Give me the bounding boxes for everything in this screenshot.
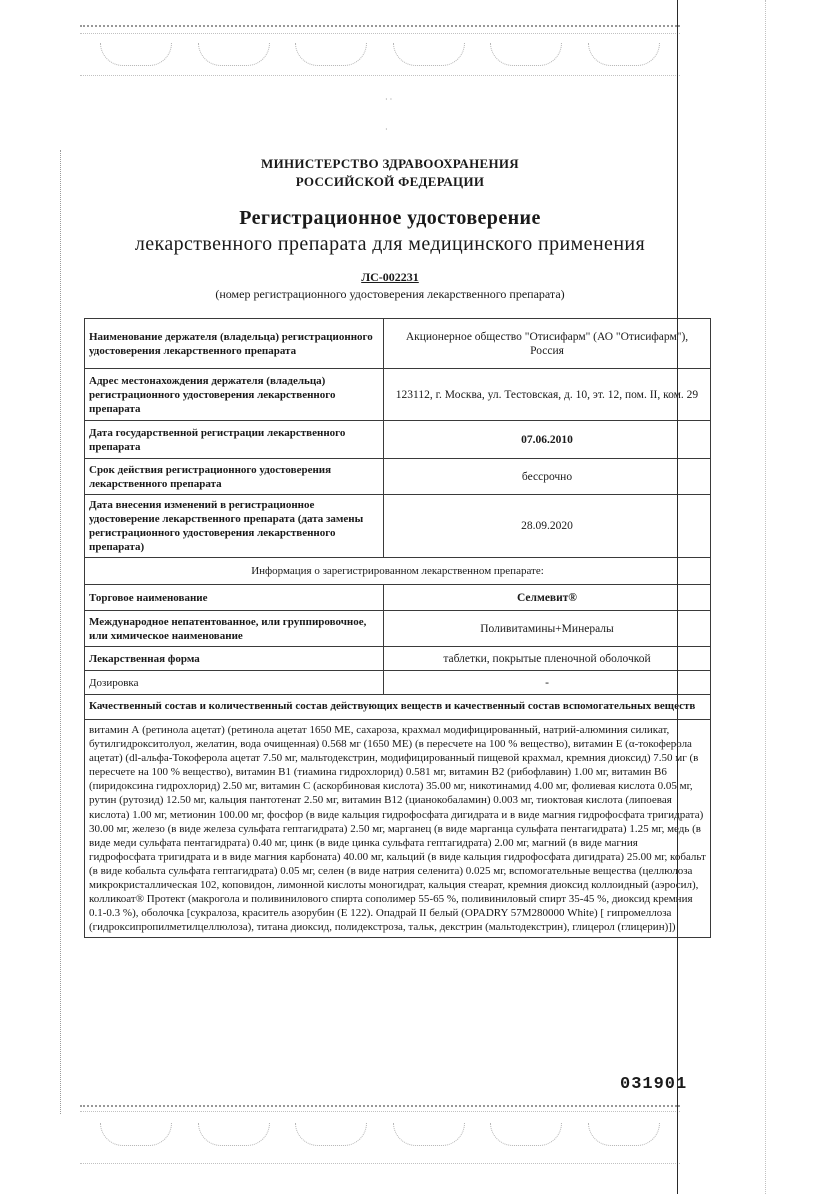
trade-name-value: Селмевит®: [384, 585, 711, 611]
inn-label: Международное непатентованное, или групп…: [85, 611, 384, 647]
security-pattern-bottom: [80, 1105, 680, 1165]
validity-value: бессрочно: [384, 459, 711, 495]
registration-date-value: 07.06.2010: [384, 421, 711, 459]
security-pattern-top: [80, 25, 680, 85]
ministry-line-2: РОССИЙСКОЙ ФЕДЕРАЦИИ: [200, 173, 580, 191]
title-line-1: Регистрационное удостоверение: [60, 205, 720, 231]
table-row: Наименование держателя (владельца) регис…: [85, 319, 711, 369]
scan-fold-line: [677, 0, 678, 1194]
amendment-date-value: 28.09.2020: [384, 495, 711, 558]
scan-edge-right: [765, 0, 767, 1194]
table-row: Дата внесения изменений в регистрационно…: [85, 495, 711, 558]
table-row: Качественный состав и количественный сос…: [85, 695, 711, 720]
holder-address-label: Адрес местонахождения держателя (владель…: [85, 369, 384, 421]
ministry-line-1: МИНИСТЕРСТВО ЗДРАВООХРАНЕНИЯ: [200, 155, 580, 173]
scan-mark: · ·: [385, 95, 392, 104]
validity-label: Срок действия регистрационного удостовер…: [85, 459, 384, 495]
registration-number: ЛС-002231: [200, 270, 580, 285]
document-title: Регистрационное удостоверение лекарствен…: [60, 205, 720, 257]
table-row: Лекарственная форма таблетки, покрытые п…: [85, 647, 711, 671]
composition-text: витамин А (ретинола ацетат) (ретинола ац…: [85, 720, 711, 938]
dosage-form-value: таблетки, покрытые пленочной оболочкой: [384, 647, 711, 671]
dosage-form-label: Лекарственная форма: [85, 647, 384, 671]
table-row: Международное непатентованное, или групп…: [85, 611, 711, 647]
inn-value: Поливитамины+Минералы: [384, 611, 711, 647]
table-row: Торговое наименование Селмевит®: [85, 585, 711, 611]
trade-name-label: Торговое наименование: [85, 585, 384, 611]
dosage-value: -: [384, 671, 711, 695]
scan-mark: ·: [385, 125, 388, 134]
composition-header: Качественный состав и количественный сос…: [85, 695, 711, 720]
holder-name-value: Акционерное общество "Отисифарм" (АО "От…: [384, 319, 711, 369]
table-row: Срок действия регистрационного удостовер…: [85, 459, 711, 495]
holder-name-label: Наименование держателя (владельца) регис…: [85, 319, 384, 369]
table-row: Дата государственной регистрации лекарст…: [85, 421, 711, 459]
table-row: Информация о зарегистрированном лекарств…: [85, 558, 711, 585]
amendment-date-label: Дата внесения изменений в регистрационно…: [85, 495, 384, 558]
ministry-heading: МИНИСТЕРСТВО ЗДРАВООХРАНЕНИЯ РОССИЙСКОЙ …: [200, 155, 580, 191]
table-row: витамин А (ретинола ацетат) (ретинола ац…: [85, 720, 711, 938]
dosage-label: Дозировка: [85, 671, 384, 695]
certificate-table: Наименование держателя (владельца) регис…: [84, 318, 711, 938]
registration-number-caption: (номер регистрационного удостоверения ле…: [150, 287, 630, 302]
drug-info-header: Информация о зарегистрированном лекарств…: [85, 558, 711, 585]
scan-edge-left: [60, 150, 62, 1114]
holder-address-value: 123112, г. Москва, ул. Тестовская, д. 10…: [384, 369, 711, 421]
title-line-2: лекарственного препарата для медицинског…: [60, 231, 720, 257]
table-row: Адрес местонахождения держателя (владель…: [85, 369, 711, 421]
registration-date-label: Дата государственной регистрации лекарст…: [85, 421, 384, 459]
table-row: Дозировка -: [85, 671, 711, 695]
